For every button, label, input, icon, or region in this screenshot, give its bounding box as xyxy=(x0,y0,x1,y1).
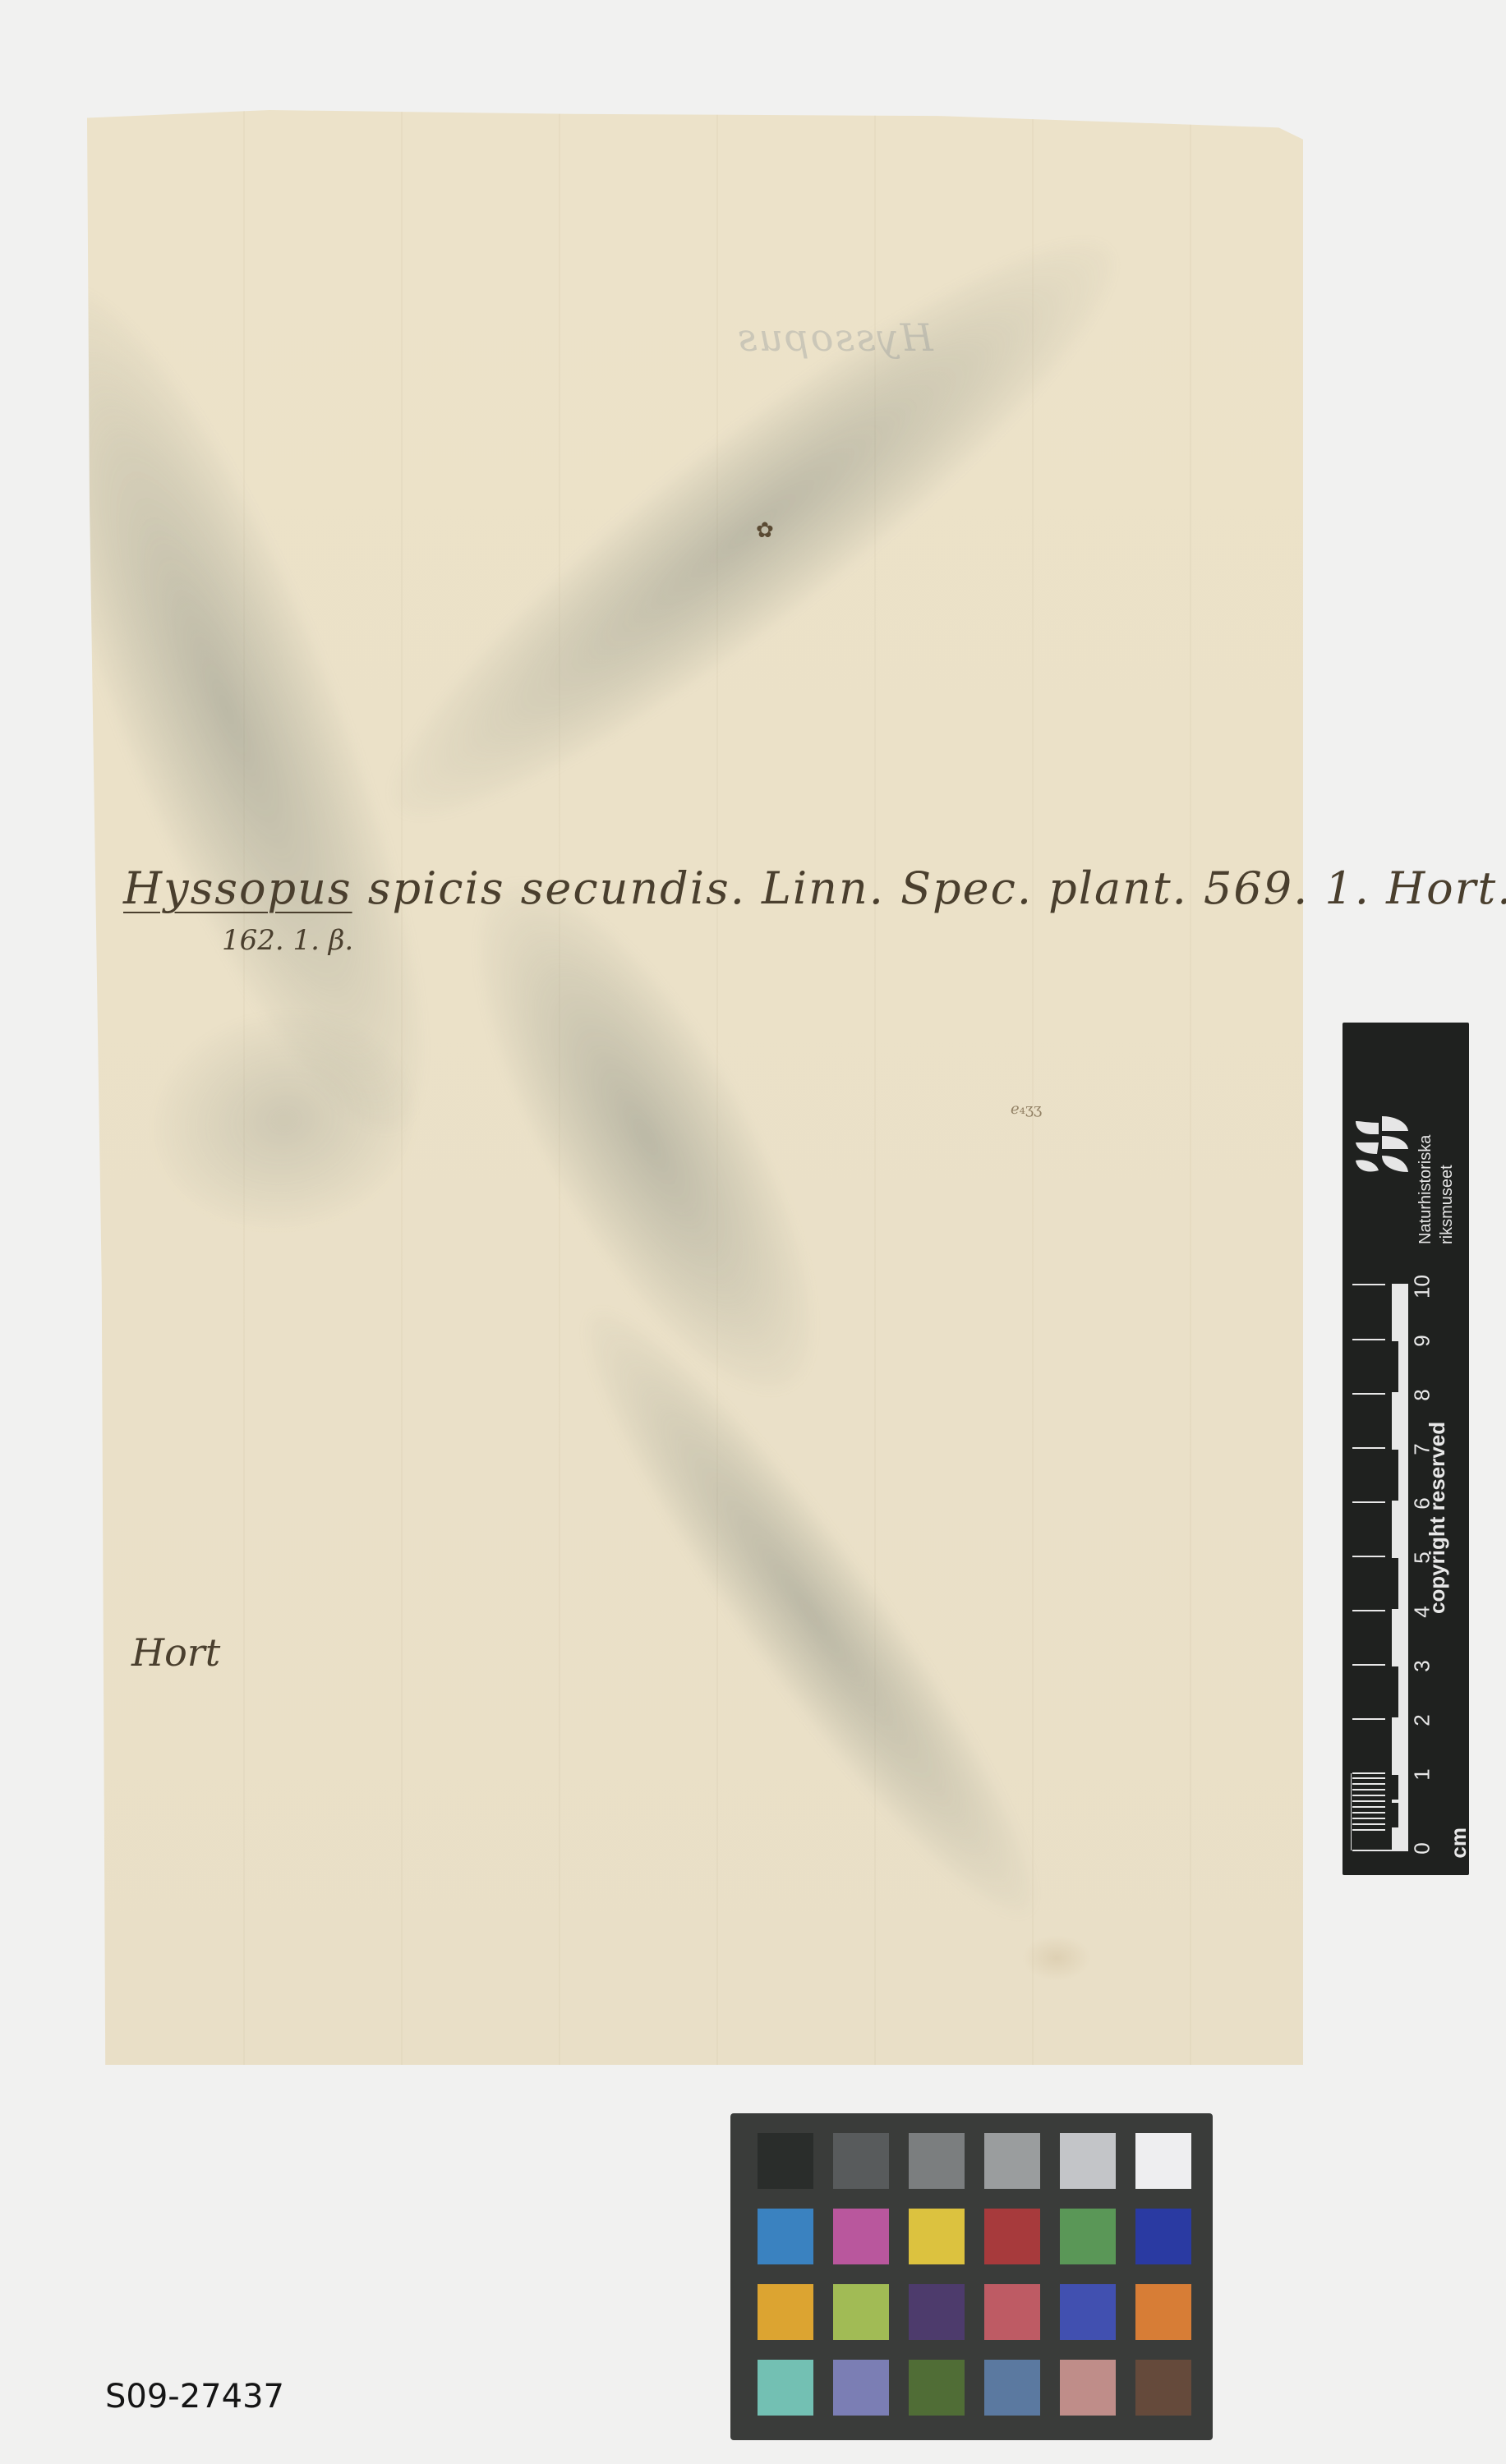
color-patch xyxy=(1135,2133,1191,2189)
color-patch xyxy=(1135,2284,1191,2340)
ruler-tick-3: 3 xyxy=(1410,1654,1435,1679)
color-checker-card xyxy=(730,2113,1213,2440)
color-patch xyxy=(833,2133,889,2189)
ruler-scale-bars xyxy=(1351,1284,1410,1859)
label-description: spicis secundis. Linn. Spec. plant. 569.… xyxy=(352,862,1506,914)
faint-mark: ℯ₄ʒʒ xyxy=(1011,1101,1042,1118)
color-patch xyxy=(1135,2360,1191,2416)
color-patch xyxy=(1060,2209,1116,2264)
ruler-unit: cm xyxy=(1446,1827,1471,1859)
ruler-tick-1: 1 xyxy=(1410,1763,1435,1787)
color-patch xyxy=(909,2209,965,2264)
museum-name: Naturhistoriska riksmuseet xyxy=(1415,1055,1464,1244)
color-patch xyxy=(833,2360,889,2416)
specimen-id: S09-27437 xyxy=(105,2378,284,2416)
ruler-tick-2: 2 xyxy=(1410,1708,1435,1733)
ruler-tick-10: 10 xyxy=(1410,1275,1435,1299)
ruler-tick-7: 7 xyxy=(1410,1437,1435,1462)
ink-blot-icon: ✿ xyxy=(756,517,781,550)
color-patch xyxy=(758,2284,813,2340)
color-patch xyxy=(1060,2133,1116,2189)
annotation-hort: Hort xyxy=(131,1630,220,1675)
ruler-tick-0: 0 xyxy=(1410,1837,1435,1861)
color-patch xyxy=(758,2360,813,2416)
bleed-through-text: Hyssopus xyxy=(736,315,933,360)
museum-logo-icon xyxy=(1352,1113,1412,1177)
ruler-tick-9: 9 xyxy=(1410,1329,1435,1354)
color-patch xyxy=(1135,2209,1191,2264)
ruler-tick-5: 5 xyxy=(1410,1546,1435,1570)
color-patch xyxy=(1060,2360,1116,2416)
color-patch xyxy=(758,2133,813,2189)
color-patch xyxy=(984,2133,1040,2189)
ruler-tick-8: 8 xyxy=(1410,1383,1435,1408)
color-patch xyxy=(758,2209,813,2264)
ruler-tick-6: 6 xyxy=(1410,1492,1435,1516)
label-handwriting-line-2: 162. 1. β. xyxy=(222,924,353,957)
scale-ruler: Naturhistoriska riksmuseet copyright res… xyxy=(1343,1023,1469,1875)
color-patch xyxy=(984,2360,1040,2416)
color-patch xyxy=(833,2209,889,2264)
ruler-tick-4: 4 xyxy=(1410,1600,1435,1625)
color-patch xyxy=(833,2284,889,2340)
genus-name: Hyssopus xyxy=(123,862,352,914)
color-patch xyxy=(909,2284,965,2340)
color-patch xyxy=(1060,2284,1116,2340)
label-handwriting-line-1: Hyssopus spicis secundis. Linn. Spec. pl… xyxy=(123,862,1506,914)
color-patch xyxy=(909,2360,965,2416)
color-patch xyxy=(984,2209,1040,2264)
color-patch xyxy=(984,2284,1040,2340)
color-patch xyxy=(909,2133,965,2189)
herbarium-sheet: Hyssopus xyxy=(87,110,1303,2065)
